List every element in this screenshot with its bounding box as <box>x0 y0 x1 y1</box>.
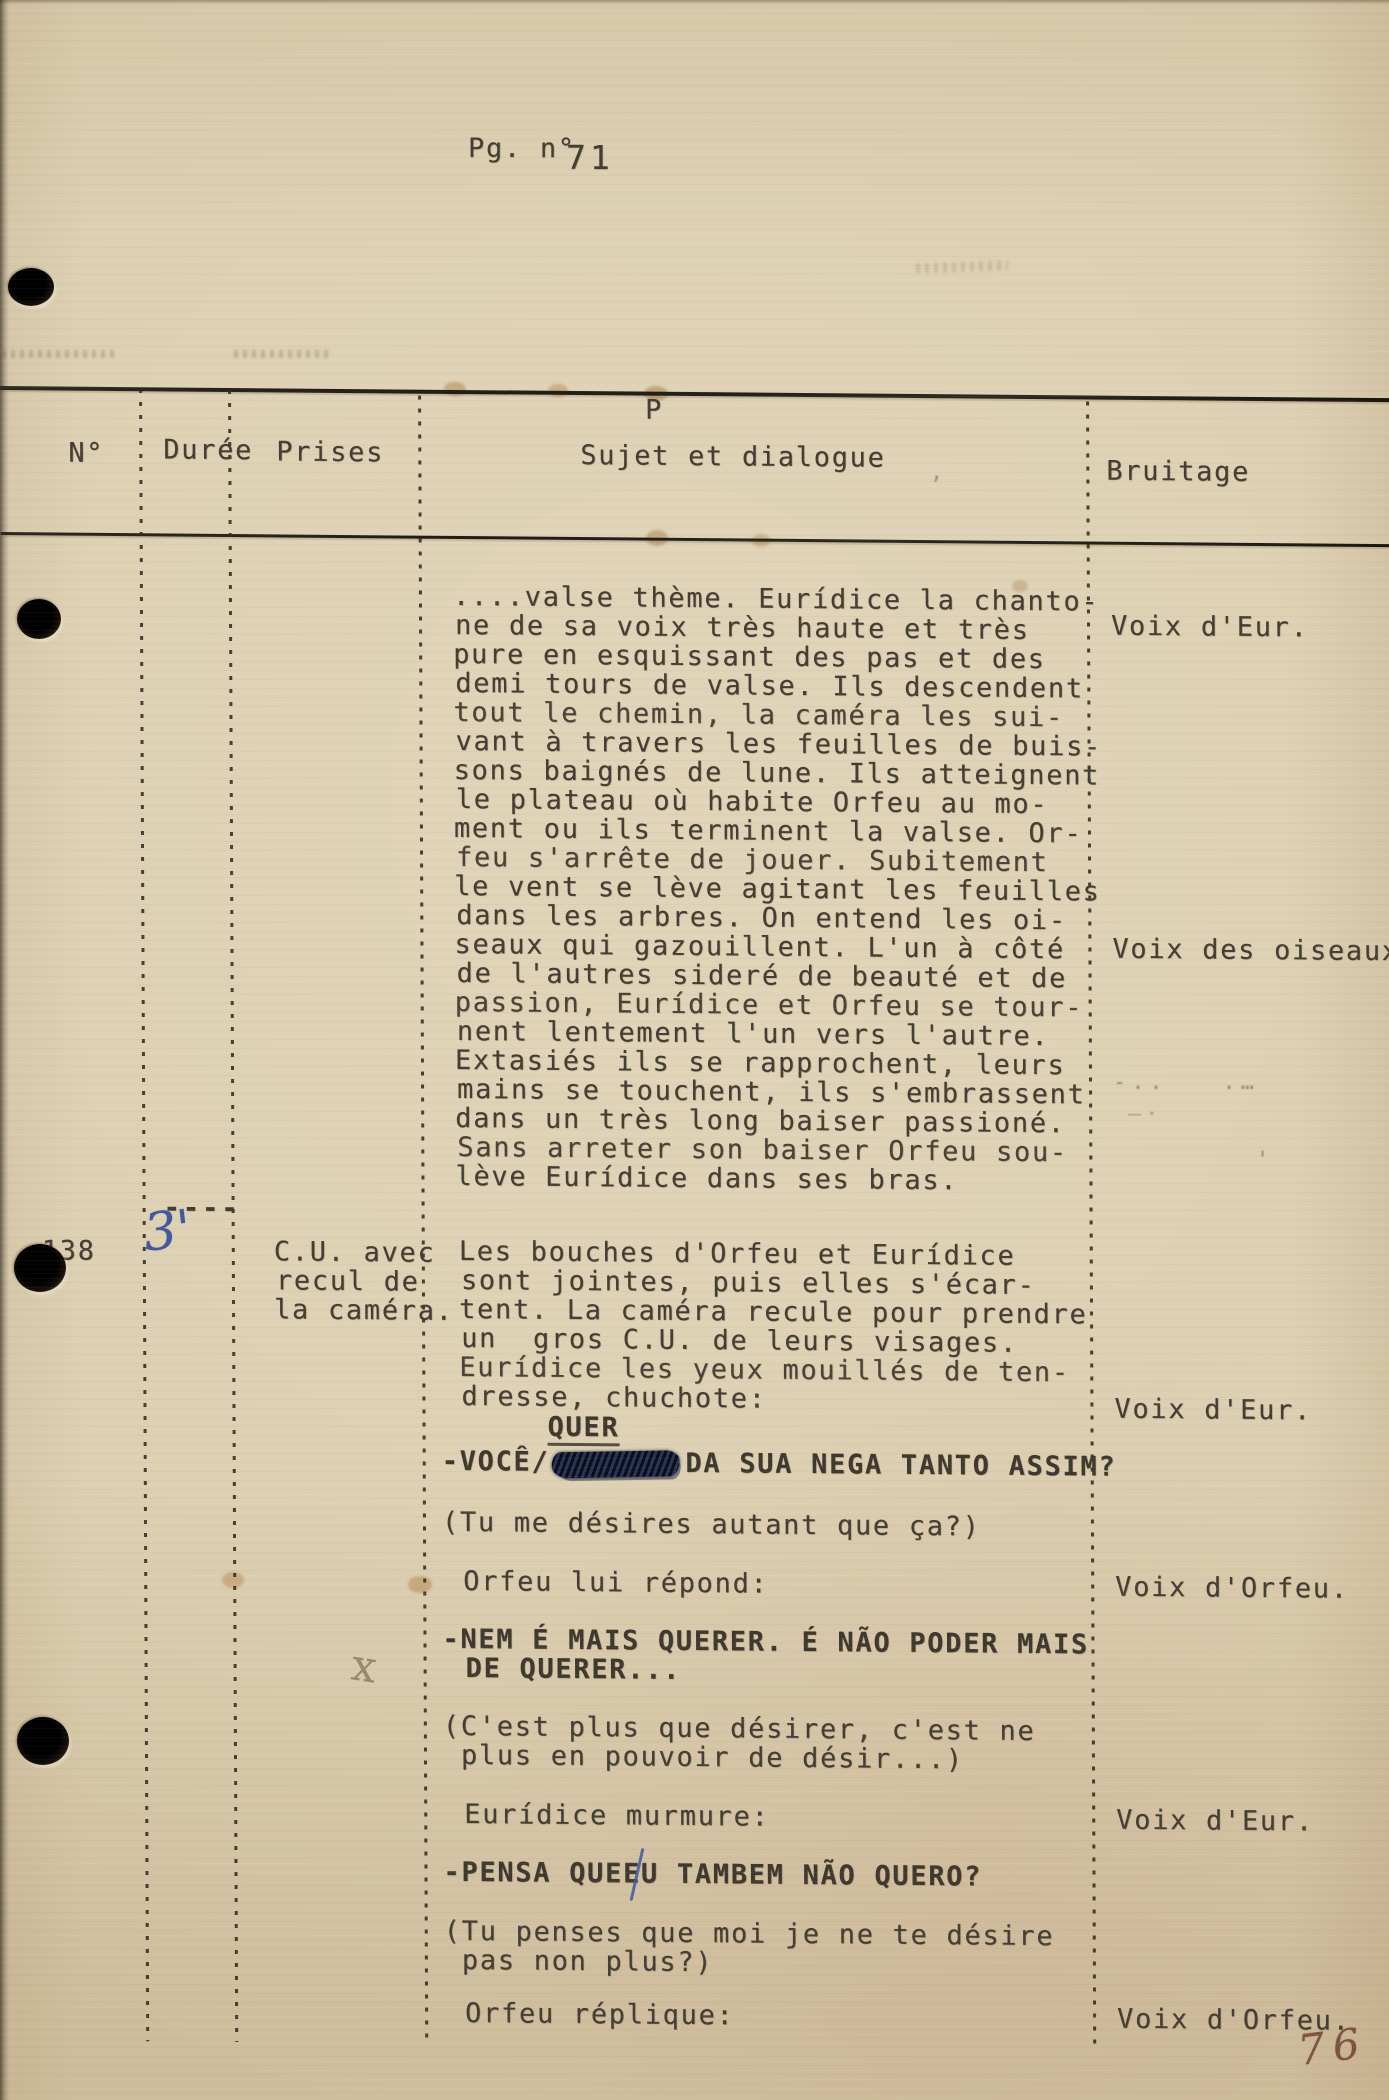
text-line: vant à travers les feuilles de buis- <box>455 727 1102 762</box>
bruitage-entry: Voix des oiseaux <box>1112 935 1389 967</box>
stray-character: P <box>645 396 663 425</box>
pencil-x-annotation: x <box>348 1640 379 1694</box>
dialogue-text: -PENSA QUE <box>443 1857 623 1890</box>
cue-line: Eurídice murmure: <box>464 1800 769 1832</box>
punch-hole <box>14 1244 66 1292</box>
column-header-duree: Durée <box>163 435 253 465</box>
dialogue-text: -VOCÊ/ <box>442 1446 550 1478</box>
column-header-sujet: Sujet et dialogue <box>580 441 885 473</box>
punch-hole <box>17 1717 69 1765</box>
eraser-smudge <box>916 260 1008 273</box>
dialogue-line: -PENSA QUEEU TAMBEM NÃO QUERO? <box>443 1858 982 1892</box>
text-line: de l'autres sideré de beauté et de <box>457 959 1104 994</box>
text-line: nent lentement l'un vers l'autre. <box>457 1017 1104 1052</box>
column-header-prises: Prises <box>276 437 384 467</box>
column-header-no: N° <box>68 439 104 468</box>
page-top-edge-shadow <box>0 0 1389 4</box>
bruitage-entry: Voix d'Eur. <box>1111 612 1309 643</box>
bruitage-entry: Voix d'Eur. <box>1116 1806 1314 1837</box>
ink-smudge <box>234 350 332 358</box>
redaction-scribble <box>551 1450 680 1478</box>
scanned-script-page: Pg. n° 71 , -.. .… —· ' P N° Durée Prise… <box>0 0 1389 2100</box>
punch-hole <box>8 268 54 306</box>
text-line: mains se touchent, ils s'embrassent <box>457 1075 1104 1110</box>
script-table: P N° Durée Prises Sujet et dialogue Brui… <box>0 380 1389 2082</box>
scene-description: ....valse thème. Eurídice la chanto-ne d… <box>453 582 1102 1197</box>
translation-line: plus en pouvoir de désir...) <box>461 1741 964 1774</box>
text-line: C.U. avec <box>274 1237 454 1268</box>
dialogue-line: -VOCÊ/DA SUA NEGA TANTO ASSIM? <box>442 1447 1117 1482</box>
bruitage-entry: Voix d'Eur. <box>1114 1395 1312 1426</box>
text-line: dans les arbres. On entend les oi- <box>456 901 1103 936</box>
column-header-bruitage: Bruitage <box>1106 457 1250 487</box>
bruitage-entry: Voix d'Orfeu. <box>1115 1573 1349 1604</box>
translation-line: pas non plus?) <box>462 1946 714 1977</box>
text-line: feu s'arrête de jouer. Subitement <box>456 843 1103 878</box>
duration-handwritten: 3' <box>141 1199 195 1263</box>
text-line: ne de sa voix très haute et très <box>455 611 1102 646</box>
cue-line: Orfeu lui répond: <box>463 1567 768 1599</box>
dialogue-line: DE QUERER... <box>466 1654 682 1685</box>
column-separator <box>418 396 428 2044</box>
table-top-rule <box>0 386 1389 402</box>
text-line: Sans arreter son baiser Orfeu sou- <box>457 1133 1104 1168</box>
ink-smudge <box>2 350 114 358</box>
page-number: 71 <box>566 143 614 172</box>
dialogue-text: DA SUA NEGA TANTO ASSIM? <box>685 1448 1116 1483</box>
text-line: demi tours de valse. Ils descendent <box>455 669 1102 704</box>
text-line: un gros C.U. de leurs visages. <box>461 1324 1090 1358</box>
scene-description: Les bouches d'Orfeu et Eurídicesont join… <box>459 1237 1088 1416</box>
table-header-rule <box>1 532 1389 547</box>
prises-notes: C.U. avecrecul dela caméra. <box>274 1237 454 1326</box>
punch-hole <box>17 599 61 639</box>
translation-line: (Tu me désires autant que ça?) <box>442 1508 981 1542</box>
text-line: la caméra. <box>274 1295 454 1326</box>
text-line: sont jointes, puis elles s'écar- <box>461 1266 1090 1300</box>
cue-line: Orfeu réplique: <box>465 1999 734 2030</box>
page-number-label: Pg. n° <box>468 134 576 163</box>
text-line: le plateau où habite Orfeu au mo- <box>456 785 1103 820</box>
inserted-correction-word: QUER <box>547 1413 619 1447</box>
text-line: recul de <box>276 1266 456 1297</box>
dialogue-text: EU TAMBEM NÃO QUERO? <box>623 1858 982 1892</box>
handwritten-footer-number: 76 <box>1295 2018 1370 2075</box>
